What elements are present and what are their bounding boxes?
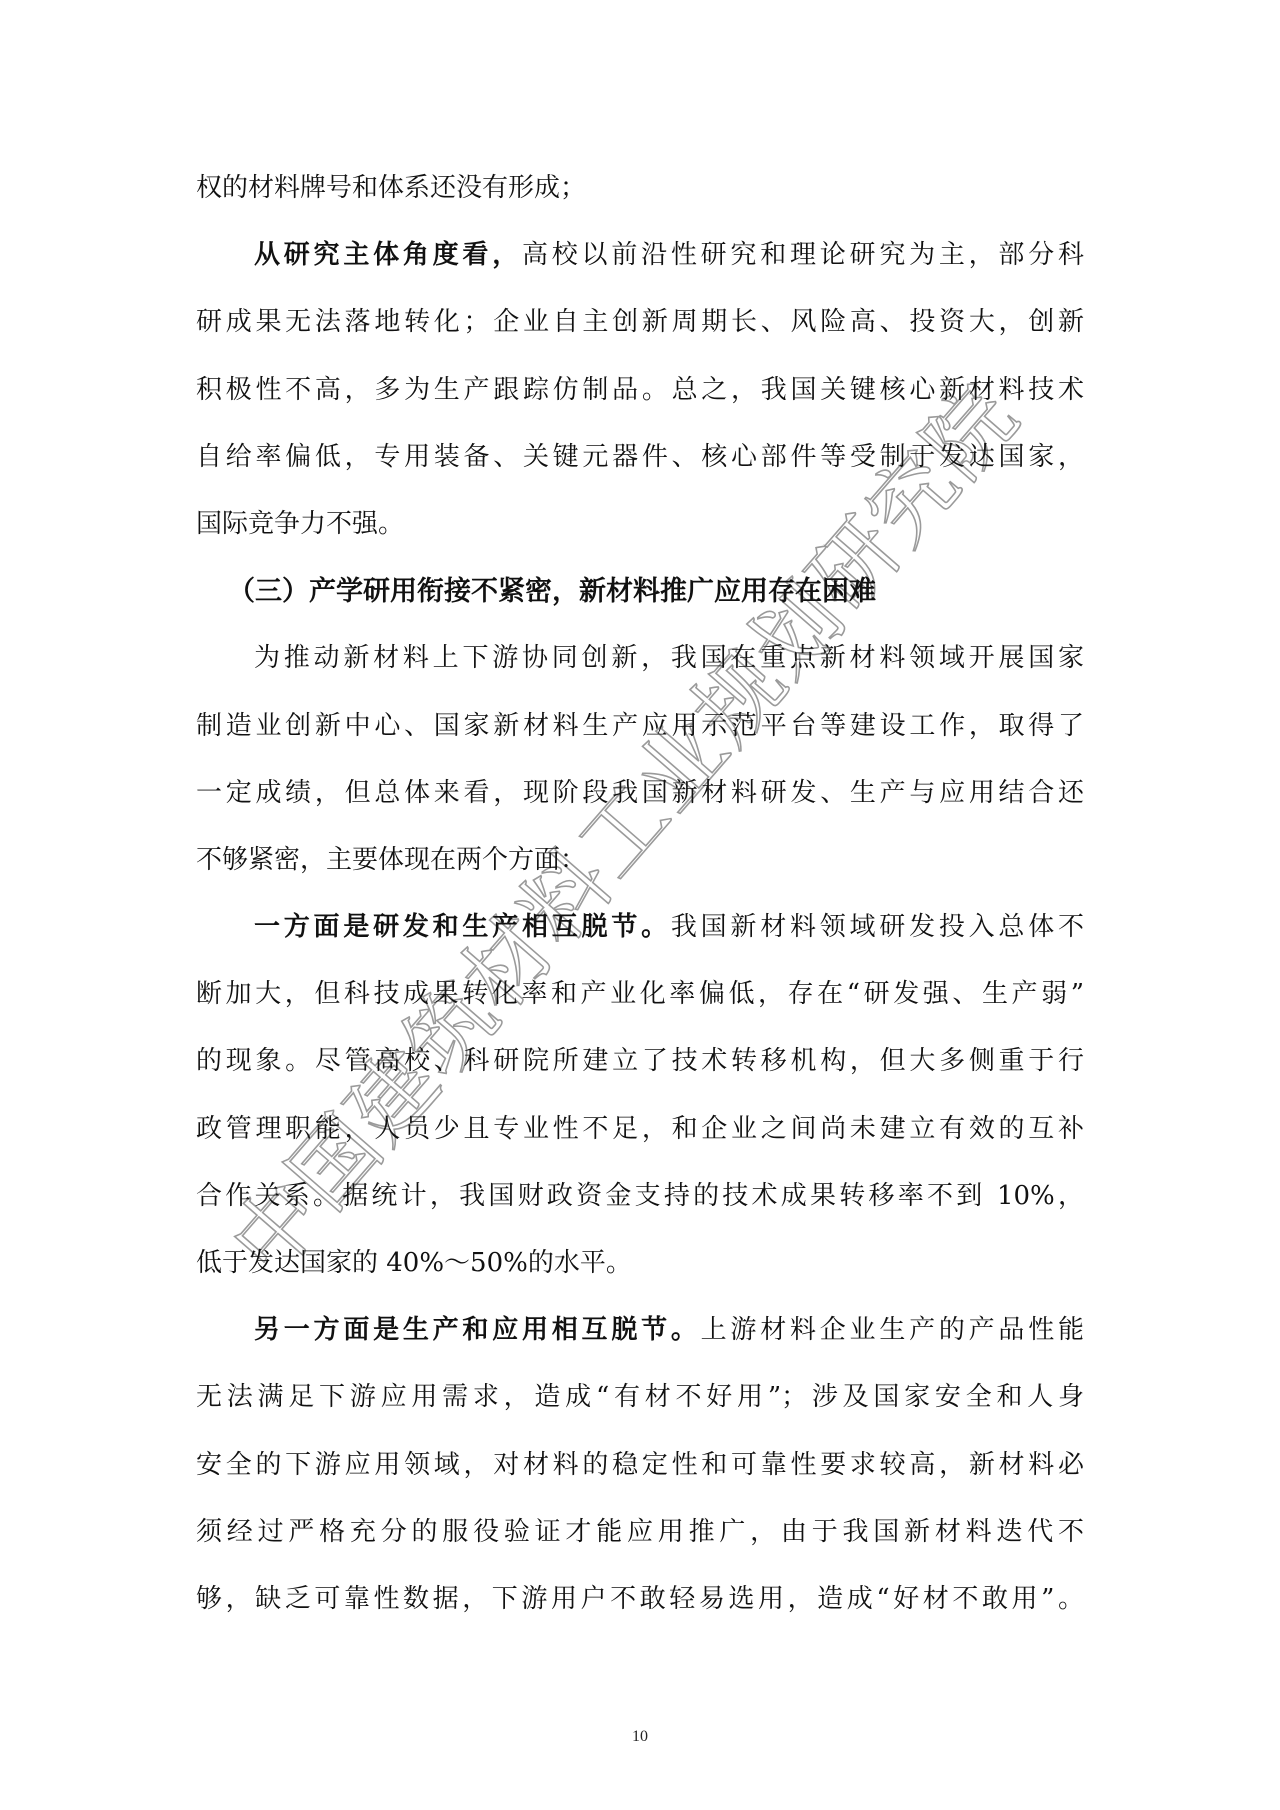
paragraph-line: 不够紧密，主要体现在两个方面： <box>196 827 1084 894</box>
paragraph-line: 无法满足下游应用需求，造成“有材不好用”；涉及国家安全和人身 <box>196 1364 1084 1431</box>
paragraph-line: 断加大，但科技成果转化率和产业化率偏低，存在“研发强、生产弱” <box>196 961 1084 1028</box>
paragraph-line: 一定成绩，但总体来看，现阶段我国新材料研发、生产与应用结合还 <box>196 760 1084 827</box>
paragraph-line: 须经过严格充分的服役验证才能应用推广，由于我国新材料迭代不 <box>196 1499 1084 1566</box>
paragraph-line: 合作关系。据统计，我国财政资金支持的技术成果转移率不到 10%， <box>196 1163 1084 1230</box>
body-text: 权的材料牌号和体系还没有形成； 从研究主体角度看，高校以前沿性研究和理论研究为主… <box>196 155 1084 1633</box>
paragraph-line: 另一方面是生产和应用相互脱节。上游材料企业生产的产品性能 <box>196 1297 1084 1364</box>
paragraph-line: 低于发达国家的 40%～50%的水平。 <box>196 1230 1084 1297</box>
paragraph-line: 政管理职能，人员少且专业性不足，和企业之间尚未建立有效的互补 <box>196 1096 1084 1163</box>
page-number: 10 <box>0 1728 1280 1746</box>
paragraph-line: 积极性不高，多为生产跟踪仿制品。总之，我国关键核心新材料技术 <box>196 357 1084 424</box>
document-page: 中国建筑材料工业规划研究院 权的材料牌号和体系还没有形成； 从研究主体角度看，高… <box>0 0 1280 1810</box>
paragraph-line: 安全的下游应用领域，对材料的稳定性和可靠性要求较高，新材料必 <box>196 1432 1084 1499</box>
paragraph-line: 为推动新材料上下游协同创新，我国在重点新材料领域开展国家 <box>196 625 1084 692</box>
paragraph-line: 研成果无法落地转化；企业自主创新周期长、风险高、投资大，创新 <box>196 289 1084 356</box>
paragraph-line: 从研究主体角度看，高校以前沿性研究和理论研究为主，部分科 <box>196 222 1084 289</box>
paragraph-line: 够，缺乏可靠性数据，下游用户不敢轻易选用，造成“好材不敢用”。 <box>196 1566 1084 1633</box>
paragraph-line: 自给率偏低，专用装备、关键元器件、核心部件等受制于发达国家， <box>196 424 1084 491</box>
bold-lead: 从研究主体角度看， <box>254 240 522 270</box>
paragraph-line: 的现象。尽管高校、科研院所建立了技术转移机构，但大多侧重于行 <box>196 1028 1084 1095</box>
paragraph-line: 国际竞争力不强。 <box>196 491 1084 558</box>
section-heading: （三）产学研用衔接不紧密，新材料推广应用存在困难 <box>196 558 1084 625</box>
paragraph-line: 一方面是研发和生产相互脱节。我国新材料领域研发投入总体不 <box>196 894 1084 961</box>
paragraph-line: 制造业创新中心、国家新材料生产应用示范平台等建设工作，取得了 <box>196 693 1084 760</box>
bold-lead: 一方面是研发和生产相互脱节。 <box>254 912 671 942</box>
bold-lead: 另一方面是生产和应用相互脱节。 <box>254 1315 701 1345</box>
paragraph-line: 权的材料牌号和体系还没有形成； <box>196 155 1084 222</box>
